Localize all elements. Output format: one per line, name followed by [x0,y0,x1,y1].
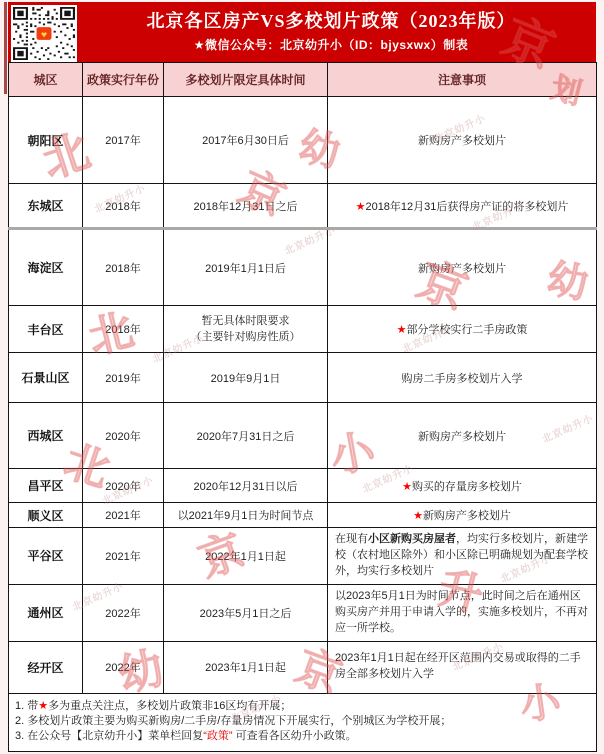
qr-logo-heart-icon: ♥ [41,30,47,40]
year-cell: 2018年 [83,184,164,229]
policy-table: 城区 政策实行年份 多校划片限定具体时间 注意事项 朝阳区 2017年 2017… [8,62,597,752]
time-cell: 2017年6月30日后 [164,97,328,184]
district-cell: 通州区 [9,584,83,641]
header-district: 城区 [9,63,83,97]
district-cell: 昌平区 [9,469,83,503]
footnote-2: 2. 多校划片政策主要为购买新购房/二手房/存量房情况下开展实行，个别城区为学校… [15,714,590,729]
table-row: 顺义区 2021年 以2021年9月1日为时间节点 ★新购房产多校划片 [9,503,597,528]
district-cell: 经开区 [9,641,83,693]
star-icon: ★ [356,201,366,213]
time-line-2: （主要针对购房性质） [168,329,323,346]
district-cell: 石景山区 [9,353,83,403]
year-cell: 2019年 [83,353,164,403]
year-cell: 2018年 [83,306,164,353]
note-cell: 在现有小区新购买房屋者，均实行多校划片，新建学校（农村地区除外）和小区除已明确规… [328,528,597,585]
note-text: 在现有 [335,533,368,545]
time-line-1: 暂无具体时限要求 [168,313,323,330]
header-notes: 注意事项 [328,63,597,97]
footnote-3: 3. 在公众号【北京幼升小】菜单栏回复“政策” 可查看各区幼升小政策。 [15,729,590,744]
table-row: 昌平区 2020年 2020年12月31日以后 ★购买的存量房多校划片 [9,469,597,503]
qr-code-icon: ♥ [11,5,77,62]
time-cell: 2020年12月31日以后 [164,469,328,503]
star-icon: ★ [397,324,407,336]
title-banner: 北京各区房产VS多校划片政策（2023年版） ★微信公众号：北京幼升小（ID：b… [8,2,596,62]
time-cell: 2019年1月1日后 [164,229,328,306]
star-icon: ★ [402,481,412,493]
header-time: 多校划片限定具体时间 [164,63,328,97]
footnote-1: 1. 带★多为重点关注点，多校划片政策非16区均有开展； [15,699,590,714]
time-cell: 2023年5月1日之后 [164,584,328,641]
note-text: 新购房产多校划片 [423,510,511,522]
district-cell: 西城区 [9,403,83,469]
note-cell: ★购买的存量房多校划片 [328,469,597,503]
note-cell: 以2023年5月1日为时间节点，此时间之后在通州区购买房产并用于申请入学的，实施… [328,584,597,641]
year-cell: 2022年 [83,641,164,693]
district-cell: 东城区 [9,184,83,229]
note-text-bold: 小区新购买房屋者 [368,533,456,545]
footnote-highlight: “政策” [203,730,232,742]
time-cell: 2020年7月31日之后 [164,403,328,469]
district-cell: 平谷区 [9,528,83,585]
note-cell: ★2018年12月31后获得房产证的将多校划片 [328,184,597,229]
year-cell: 2021年 [83,528,164,585]
footnote-text: 1. 带 [15,700,38,712]
note-cell: 新购房产多校划片 [328,97,597,184]
district-cell: 顺义区 [9,503,83,528]
note-cell: 2023年1月1日起在经开区范围内交易或取得的二手房全部多校划片入学 [328,641,597,693]
table-row: 通州区 2022年 2023年5月1日之后 以2023年5月1日为时间节点，此时… [9,584,597,641]
note-cell: 购房二手房多校划片入学 [328,353,597,403]
time-cell: 2022年1月1日起 [164,528,328,585]
time-cell: 暂无具体时限要求（主要针对购房性质） [164,306,328,353]
district-cell: 丰台区 [9,306,83,353]
table-row: 朝阳区 2017年 2017年6月30日后 新购房产多校划片 [9,97,597,184]
year-cell: 2022年 [83,584,164,641]
footnotes-cell: 1. 带★多为重点关注点，多校划片政策非16区均有开展； 2. 多校划片政策主要… [9,693,597,751]
note-text: 购买的存量房多校划片 [412,481,522,493]
time-cell: 2019年9月1日 [164,353,328,403]
table-row: 东城区 2018年 2018年12月31日之后 ★2018年12月31后获得房产… [9,184,597,229]
note-cell: ★新购房产多校划片 [328,503,597,528]
banner-left-accent [4,2,7,94]
year-cell: 2017年 [83,97,164,184]
note-text: 2018年12月31后获得房产证的将多校划片 [365,201,568,213]
table-header-row: 城区 政策实行年份 多校划片限定具体时间 注意事项 [9,63,597,97]
qr-pattern: ♥ [13,7,75,60]
footnote-text: 可查看各区幼升小政策。 [233,730,357,742]
note-text: 部分学校实行二手房政策 [406,324,527,336]
table-row: 丰台区 2018年 暂无具体时限要求（主要针对购房性质） ★部分学校实行二手房政… [9,306,597,353]
star-icon: ★ [38,700,48,712]
note-cell: 新购房产多校划片 [328,229,597,306]
page-title: 北京各区房产VS多校划片政策（2023年版） [8,11,596,32]
table-row: 石景山区 2019年 2019年9月1日 购房二手房多校划片入学 [9,353,597,403]
year-cell: 2021年 [83,503,164,528]
year-cell: 2020年 [83,469,164,503]
header-year: 政策实行年份 [83,63,164,97]
district-cell: 海淀区 [9,229,83,306]
footnote-text: 多为重点关注点，多校划片政策非16区均有开展； [48,700,291,712]
district-cell: 朝阳区 [9,97,83,184]
table-row: 经开区 2022年 2023年1月1日起 2023年1月1日起在经开区范围内交易… [9,641,597,693]
note-cell: ★部分学校实行二手房政策 [328,306,597,353]
table-row: 西城区 2020年 2020年7月31日之后 新购房产多校划片 [9,403,597,469]
time-cell: 2018年12月31日之后 [164,184,328,229]
time-cell: 以2021年9月1日为时间节点 [164,503,328,528]
table-row: 平谷区 2021年 2022年1月1日起 在现有小区新购买房屋者，均实行多校划片… [9,528,597,585]
footnote-text: 3. 在公众号【北京幼升小】菜单栏回复 [15,730,203,742]
year-cell: 2020年 [83,403,164,469]
star-icon: ★ [413,510,423,522]
footnotes-row: 1. 带★多为重点关注点，多校划片政策非16区均有开展； 2. 多校划片政策主要… [9,693,597,751]
table-row: 海淀区 2018年 2019年1月1日后 新购房产多校划片 [9,229,597,306]
year-cell: 2018年 [83,229,164,306]
note-cell: 新购房产多校划片 [328,403,597,469]
page-subtitle: ★微信公众号：北京幼升小（ID：bjysxwx）制表 [8,36,596,53]
time-cell: 2023年1月1日起 [164,641,328,693]
